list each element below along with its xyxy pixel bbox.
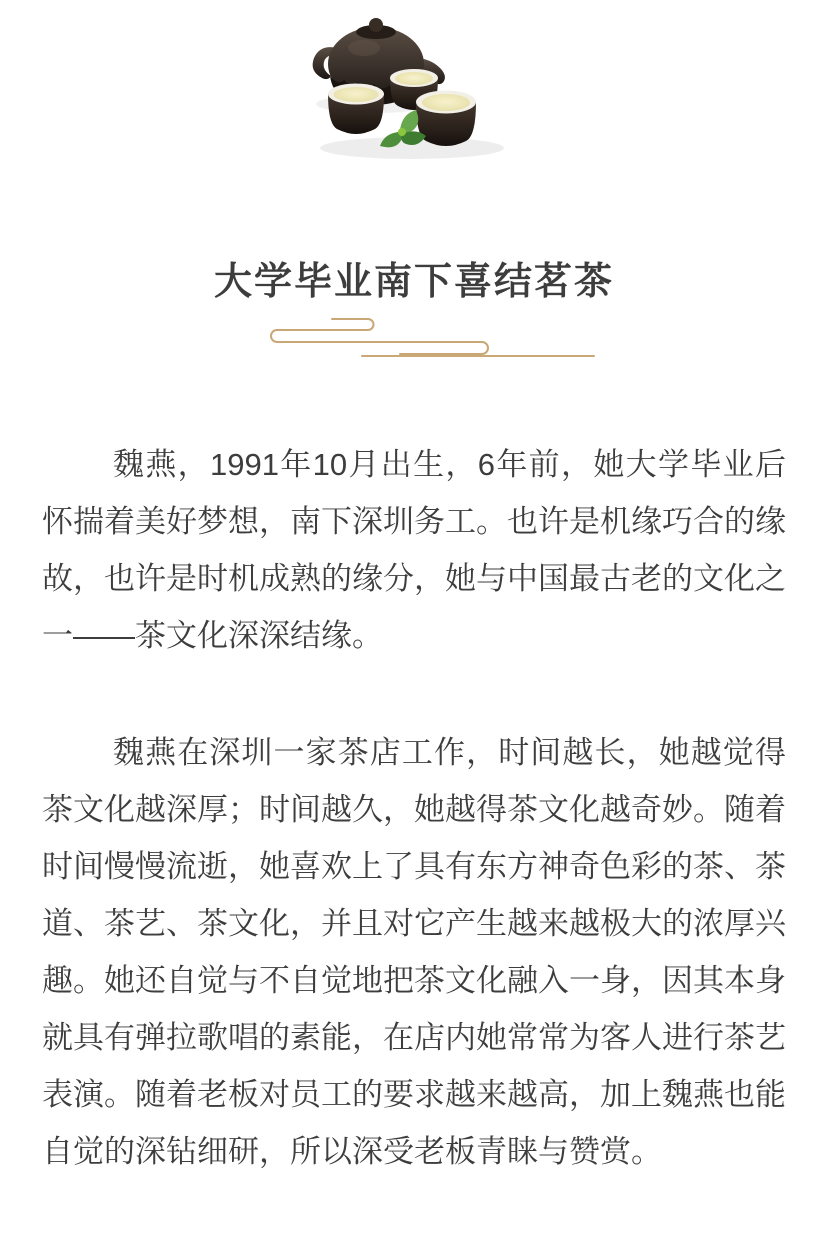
cloud-divider xyxy=(232,316,596,360)
article-page: 大学毕业南下喜结茗茶 魏燕，1991年10月出生，6年前，她大学毕业后怀揣着美好… xyxy=(0,6,828,1252)
tea-set-image xyxy=(294,6,534,164)
divider-line xyxy=(271,319,488,354)
article-paragraph: 魏燕，1991年10月出生，6年前，她大学毕业后怀揣着美好梦想，南下深圳务工。也… xyxy=(42,436,786,664)
article-title: 大学毕业南下喜结茗茶 xyxy=(0,260,828,304)
article-paragraph: 魏燕在深圳一家茶店工作，时间越长，她越觉得茶文化越深厚；时间越久，她越得茶文化越… xyxy=(42,724,786,1180)
tea-cup-icon xyxy=(328,84,384,135)
tea-cup-icon xyxy=(416,91,476,147)
article-body: 魏燕，1991年10月出生，6年前，她大学毕业后怀揣着美好梦想，南下深圳务工。也… xyxy=(42,436,786,1180)
